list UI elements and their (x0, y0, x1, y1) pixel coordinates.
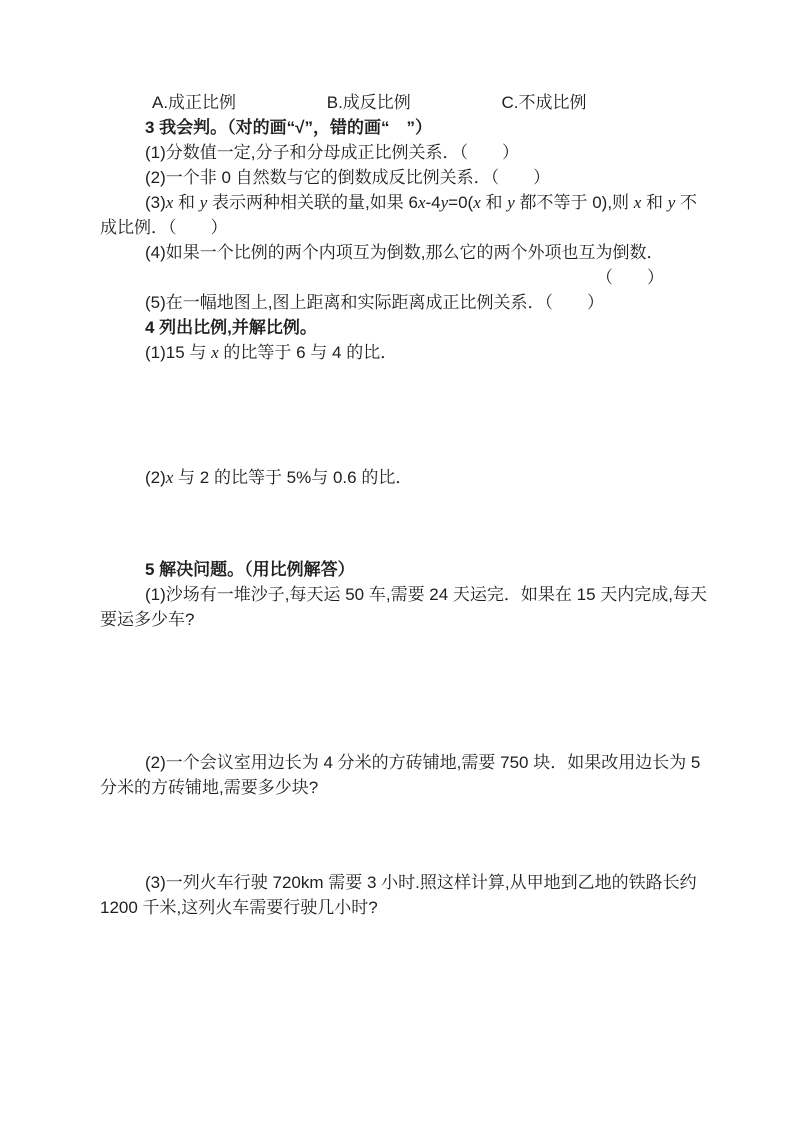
answer-space-q5-item-1 (100, 632, 692, 750)
question-3-item-4: (4)如果一个比例的两个内项互为倒数,那么它的两个外项也互为倒数． (100, 240, 692, 265)
question-3-item-4-answer-blank: （ ） (100, 265, 692, 290)
answer-space-q5-item-2 (100, 800, 692, 870)
text-segment: 和 (173, 193, 199, 212)
math-variable: x (211, 343, 219, 362)
text-segment: 与 2 的比等于 5%与 0.6 的比． (173, 468, 412, 487)
text-segment: 的比等于 6 与 4 的比． (219, 343, 398, 362)
answer-space-q4-item-2 (100, 490, 692, 557)
question-4-item-2: (2)x 与 2 的比等于 5%与 0.6 的比． (100, 465, 692, 490)
question-5-item-2-line-2: 分米的方砖铺地,需要多少块? (100, 775, 692, 800)
text-segment: -4 (426, 193, 441, 212)
math-variable: y (507, 193, 515, 212)
question-4-item-1: (1)15 与 x 的比等于 6 与 4 的比． (100, 340, 692, 365)
option-c: C.不成比例 (501, 90, 586, 115)
answer-space-q4-item-1 (100, 365, 692, 465)
question-3-item-1: (1)分数值一定,分子和分母成正比例关系．（ ） (100, 140, 692, 165)
text-segment: (3) (145, 193, 166, 212)
question-5-item-3-line-1: (3)一列火车行驶 720km 需要 3 小时.照这样计算,从甲地到乙地的铁路长… (100, 870, 692, 895)
question-3-item-5: (5)在一幅地图上,图上距离和实际距离成正比例关系．（ ） (100, 290, 692, 315)
question-3-heading: 3 我会判。（对的画“√”，错的画“ ”） (100, 115, 692, 140)
worksheet-body: A.成正比例 B.成反比例 C.不成比例 3 我会判。（对的画“√”，错的画“ … (100, 90, 692, 920)
question-5-item-1-line-1: (1)沙场有一堆沙子,每天运 50 车,需要 24 天运完．如果在 15 天内完… (100, 582, 692, 607)
math-variable: x (473, 193, 481, 212)
question-3-item-2: (2)一个非 0 自然数与它的倒数成反比例关系．（ ） (100, 165, 692, 190)
question-5-item-2-line-1: (2)一个会议室用边长为 4 分米的方砖铺地,需要 750 块．如果改用边长为 … (100, 750, 692, 775)
option-a: A.成正比例 (152, 90, 322, 115)
question-4-heading: 4 列出比例,并解比例。 (100, 315, 692, 340)
multiple-choice-options-row: A.成正比例 B.成反比例 C.不成比例 (100, 90, 692, 115)
option-b: B.成反比例 (327, 90, 497, 115)
text-segment: 和 (641, 193, 667, 212)
worksheet-page: A.成正比例 B.成反比例 C.不成比例 3 我会判。（对的画“√”，错的画“ … (0, 0, 793, 1122)
question-5-heading: 5 解决问题。（用比例解答） (100, 557, 692, 582)
text-segment: 不 (675, 193, 697, 212)
text-segment: (2) (145, 468, 166, 487)
question-5-item-1-line-2: 要运多少车? (100, 607, 692, 632)
text-segment: 和 (481, 193, 507, 212)
text-segment: 表示两种相关联的量,如果 6 (207, 193, 418, 212)
math-variable: x (418, 193, 426, 212)
question-3-item-3-line-1: (3)x 和 y 表示两种相关联的量,如果 6x-4y=0(x 和 y 都不等于… (100, 190, 692, 215)
question-5-item-3-line-2: 1200 千米,这列火车需要行驶几小时? (100, 895, 692, 920)
text-segment: 都不等于 0),则 (515, 193, 634, 212)
text-segment: (1)15 与 (145, 343, 211, 362)
text-segment: =0( (448, 193, 473, 212)
question-3-item-3-line-2: 成比例．（ ） (100, 215, 692, 240)
